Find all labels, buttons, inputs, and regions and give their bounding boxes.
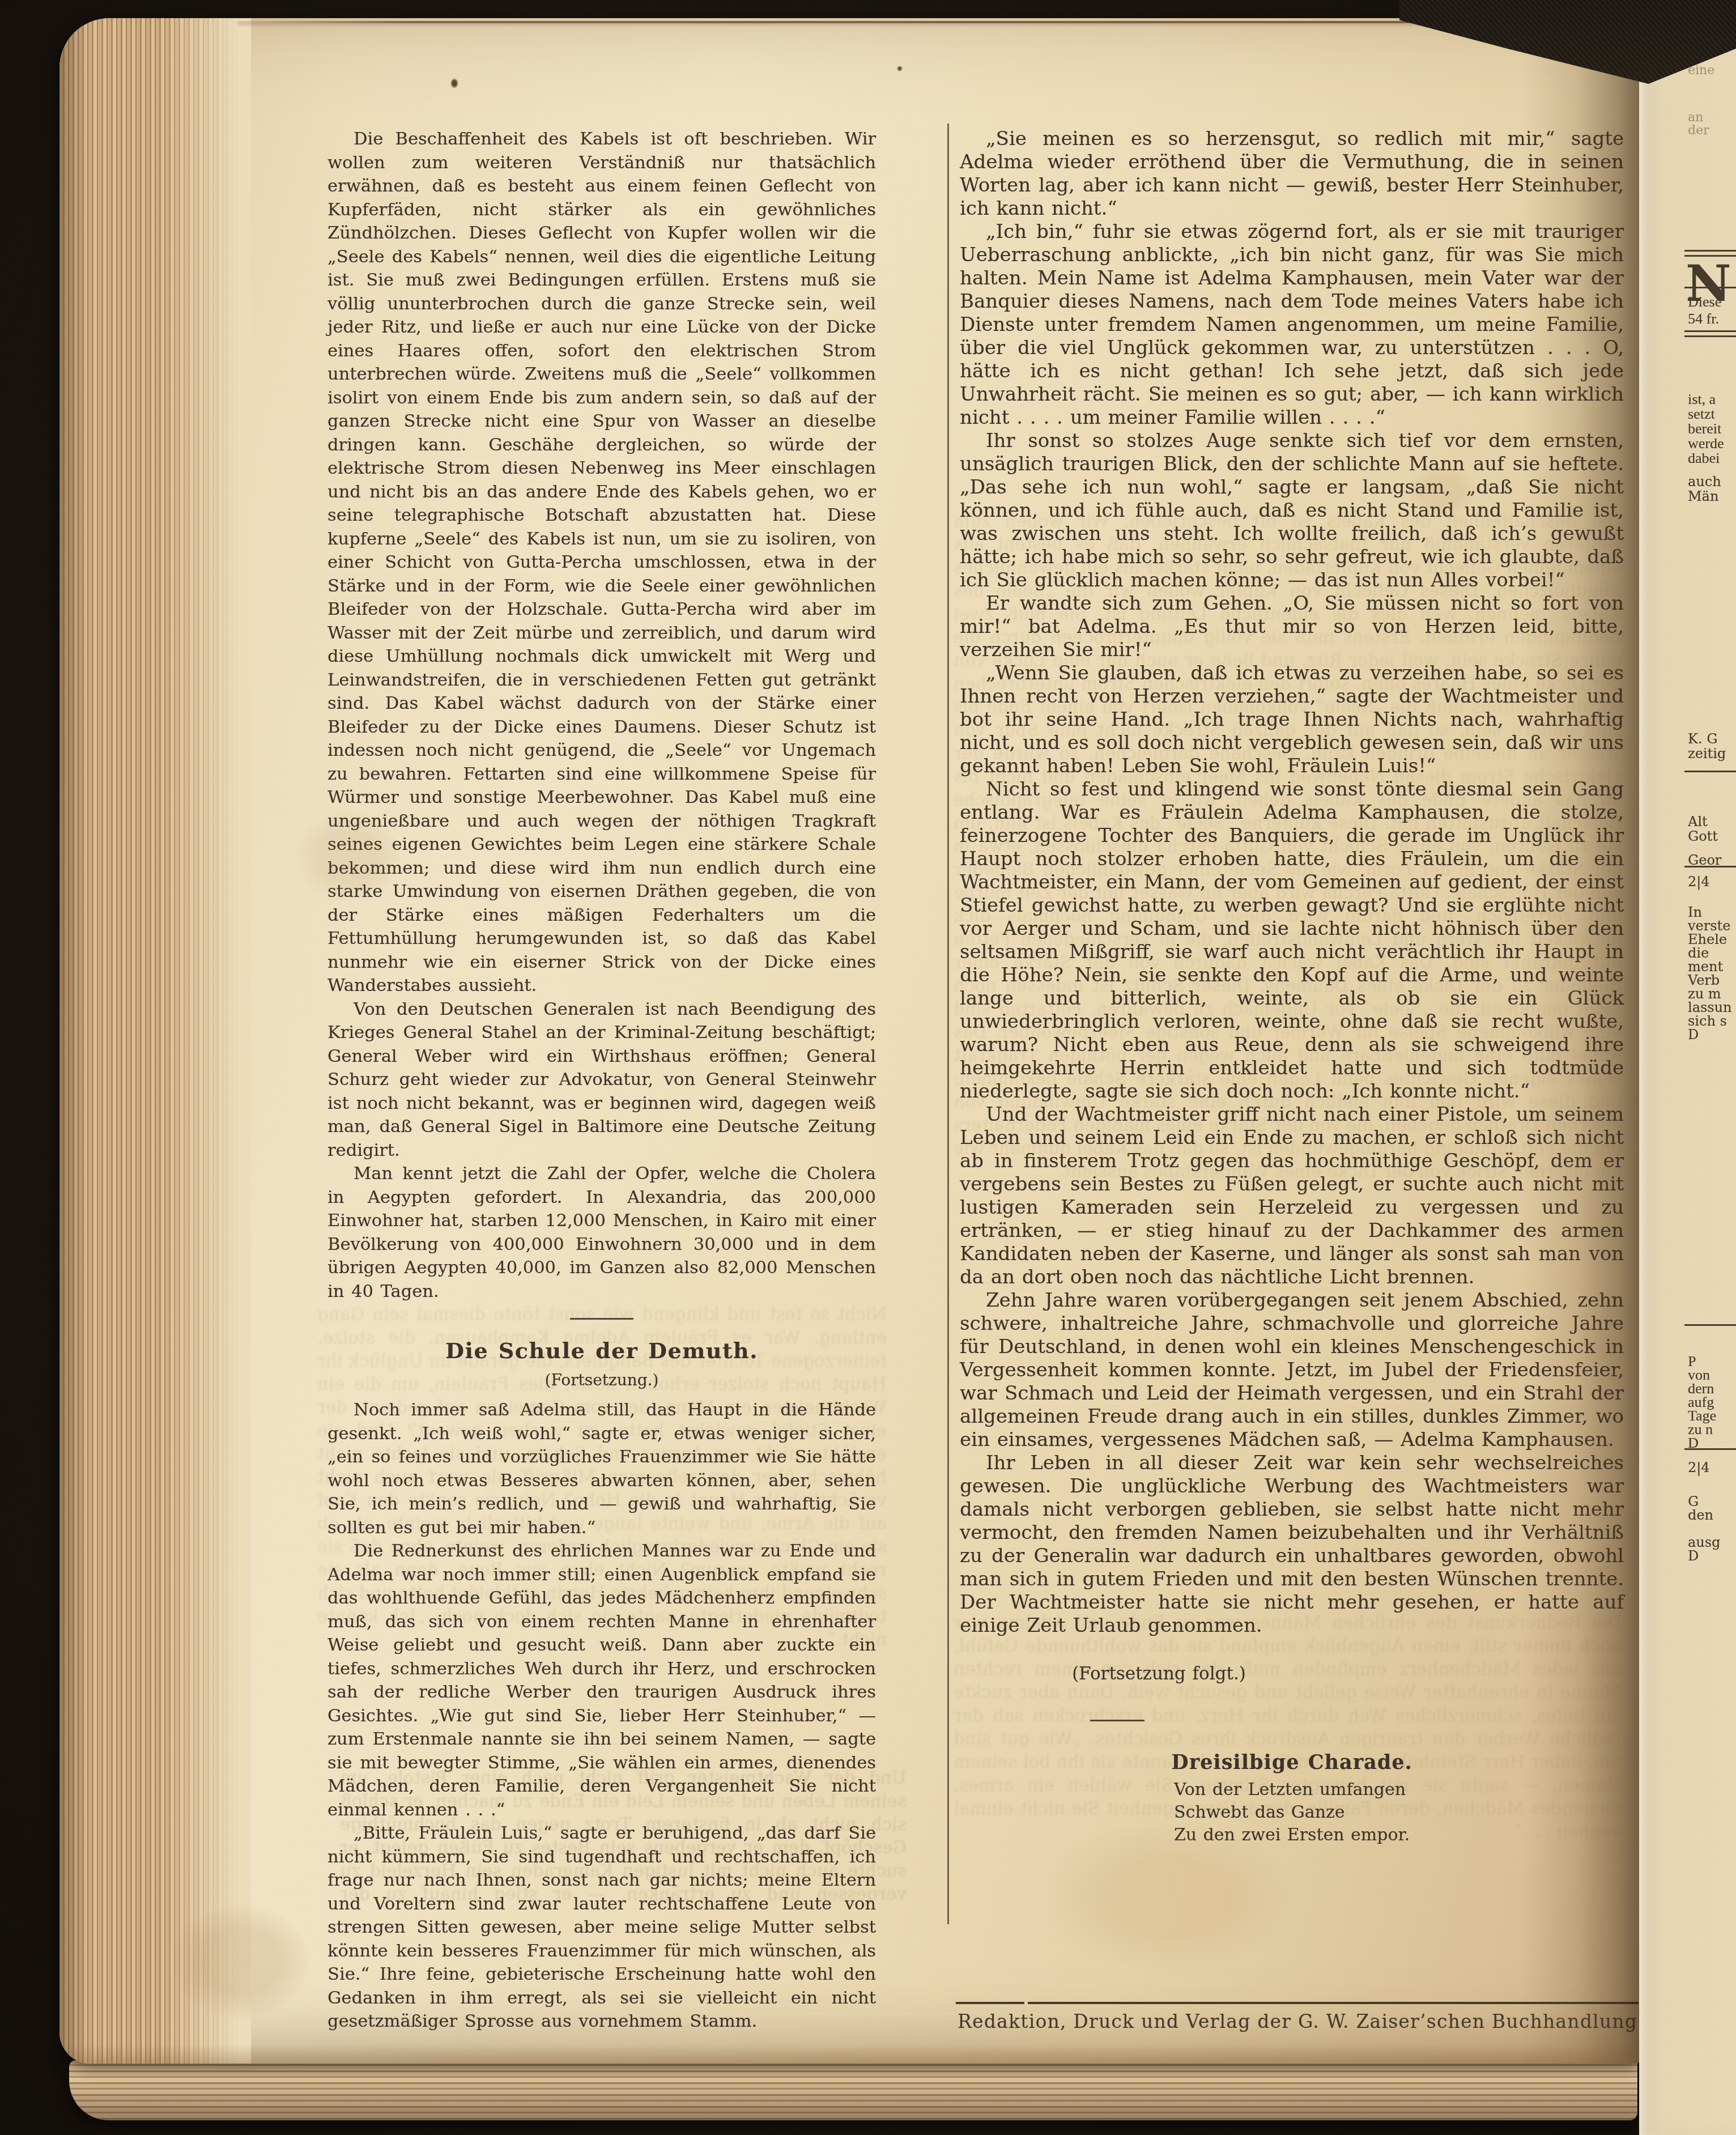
next-page-text-fragment: der (1688, 124, 1709, 138)
next-page-rule (1684, 1448, 1736, 1450)
story-subtitle: (Fortsetzung.) (327, 1368, 876, 1392)
imprint-rule-left (956, 2002, 1024, 2004)
news-paragraph: Man kennt jetzt die Zahl der Opfer, welc… (327, 1162, 876, 1303)
news-paragraph: Die Beschaffenheit des Kabels ist oft be… (327, 127, 876, 998)
story-paragraph: Die Rednerkunst des ehrlichen Mannes war… (327, 1539, 876, 1822)
scanned-book-spread: Nicht so fest und klingend wie sonst tön… (0, 0, 1736, 2135)
story-paragraph: „Bitte, Fräulein Luis,“ sagte er beruhig… (327, 1822, 876, 2034)
news-paragraph: Von den Deutschen Generalen ist nach Bee… (327, 998, 876, 1163)
story-title: Die Schule der Demuth. (327, 1339, 876, 1363)
next-page-text-fragment: K. G (1688, 731, 1717, 747)
next-page-text-fragment: 2|4 (1688, 1460, 1710, 1475)
next-page-text-fragment: auch (1688, 474, 1721, 490)
next-page-rule (1684, 335, 1736, 337)
left-column: Die Beschaffenheit des Kabels ist oft be… (327, 127, 876, 2034)
gutter-shadow (1521, 18, 1640, 2064)
charade-line: Zu den zwei Ersten empor. (1174, 1824, 1410, 1847)
next-page-rule (1684, 330, 1736, 332)
next-page-rule (1684, 771, 1736, 772)
section-divider-rule (570, 1318, 633, 1320)
next-page-text-fragment: 2|4 (1688, 874, 1710, 890)
next-page-text-fragment: D (1688, 1548, 1699, 1564)
ink-speck (450, 78, 458, 88)
next-page-text-fragment: D (1688, 1027, 1699, 1043)
next-page-text-fragment: Män (1688, 488, 1718, 504)
next-page-rule (1684, 866, 1736, 867)
ink-speck (897, 66, 903, 71)
next-page-text-fragment: Alt (1688, 814, 1708, 830)
next-page-text-fragment: den (1688, 1507, 1713, 1523)
story-section: Noch immer saß Adelma still, das Haupt i… (327, 1398, 876, 2034)
end-of-story-rule (1090, 1720, 1144, 1721)
next-page-text-fragment: Gott (1688, 828, 1718, 844)
next-page-text-fragment: dabei (1688, 450, 1720, 467)
news-section: Die Beschaffenheit des Kabels ist oft be… (327, 127, 876, 1303)
column-divider-rule (947, 124, 949, 1924)
next-page-rule (1684, 287, 1736, 288)
page-bottom-edge (59, 2044, 1640, 2064)
page-stack-left-edge (59, 18, 251, 2064)
charade-line: Schwebt das Ganze (1174, 1801, 1410, 1824)
charade-verse: Von der Letzten umfangen Schwebt das Gan… (1174, 1779, 1410, 1847)
story-paragraph: Noch immer saß Adelma still, das Haupt i… (327, 1398, 876, 1539)
next-page-text-fragment: Diese (1688, 294, 1721, 311)
charade-line: Von der Letzten umfangen (1174, 1779, 1410, 1801)
next-page-text-fragment: zeitig (1688, 746, 1726, 762)
next-page-rule (1684, 1324, 1736, 1326)
next-page-rule (1684, 255, 1736, 257)
next-page-sliver: eine an der N2 Diese 54 fr. ist, a setzt… (1639, 34, 1736, 2135)
next-page-rule (1684, 250, 1736, 252)
newspaper-verso-page: Nicht so fest und klingend wie sonst tön… (59, 18, 1640, 2064)
next-page-text-fragment: an (1688, 110, 1703, 125)
page-stack-bottom-edge (69, 2060, 1637, 2120)
next-page-text-fragment: 54 fr. (1688, 311, 1719, 328)
